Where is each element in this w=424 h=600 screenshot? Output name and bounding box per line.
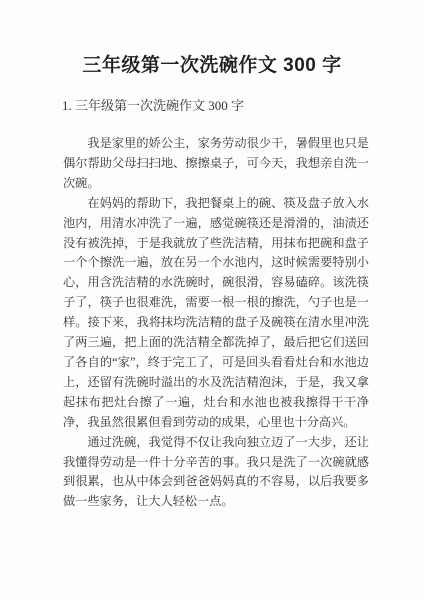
essay-body: 我是家里的娇公主，家务劳动很少干，暑假里也只是偶尔帮助父母扫扫地、擦擦桌子，可今… [63,134,369,512]
page-title: 三年级第一次洗碗作文 300 字 [0,50,424,77]
essay-paragraph: 通过洗碗，我觉得不仅让我向独立迈了一大步，还让我懂得劳动是一件十分辛苦的事。我只… [63,433,369,513]
essay-paragraph: 在妈妈的帮助下，我把餐桌上的碗、筷及盘子放入水池内，用清水冲洗了一遍，感觉碗筷还… [63,194,369,433]
document-page: 三年级第一次洗碗作文 300 字 1. 三年级第一次洗碗作文 300 字 我是家… [0,0,424,600]
essay-paragraph: 我是家里的娇公主，家务劳动很少干，暑假里也只是偶尔帮助父母扫扫地、擦擦桌子，可今… [63,134,369,194]
section-heading: 1. 三年级第一次洗碗作文 300 字 [62,95,244,114]
